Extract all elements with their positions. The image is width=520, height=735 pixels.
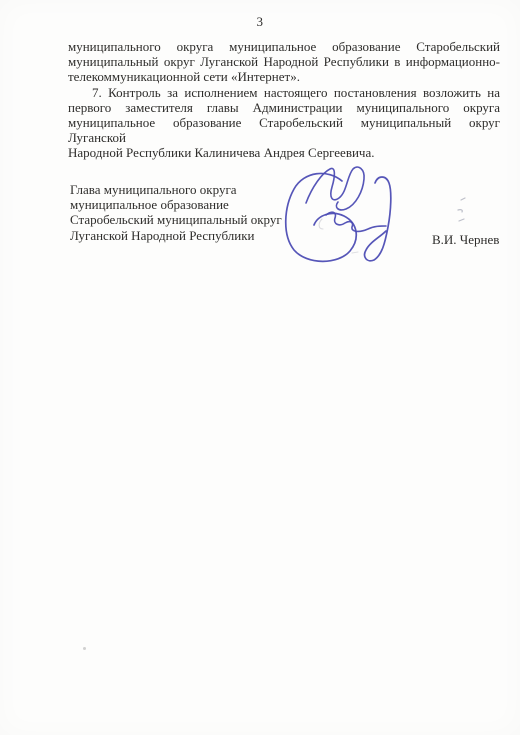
text-line: первого заместителя главы Администрации … bbox=[68, 100, 500, 115]
text-line: Народной Республики Калиничева Андрея Се… bbox=[68, 145, 500, 160]
signature-ink-icon bbox=[282, 163, 404, 267]
scanned-document-page: 3 муниципального округа муниципальное об… bbox=[0, 0, 520, 735]
signature-title-block: Глава муниципального округа муниципально… bbox=[70, 182, 310, 243]
text-line: муниципальный округ Луганской Народной Р… bbox=[68, 54, 500, 69]
text-line: 7. Контроль за исполнением настоящего по… bbox=[68, 85, 500, 100]
text-line: телекоммуникационной сети «Интернет». bbox=[68, 69, 500, 84]
scan-speck bbox=[83, 647, 86, 650]
scan-artifact-marks bbox=[455, 197, 469, 227]
signature-title-line: муниципальное образование bbox=[70, 197, 310, 212]
body-text: муниципального округа муниципальное обра… bbox=[68, 39, 500, 161]
signer-name: В.И. Чернев bbox=[432, 232, 512, 247]
text-line: муниципальное образование Старобельский … bbox=[68, 115, 500, 145]
signature-title-line: Глава муниципального округа bbox=[70, 182, 310, 197]
signature-title-line: Луганской Народной Республики bbox=[70, 228, 310, 243]
text-line: муниципального округа муниципальное обра… bbox=[68, 39, 500, 54]
page-number: 3 bbox=[0, 14, 520, 29]
signature-title-line: Старобельский муниципальный округ bbox=[70, 212, 310, 227]
